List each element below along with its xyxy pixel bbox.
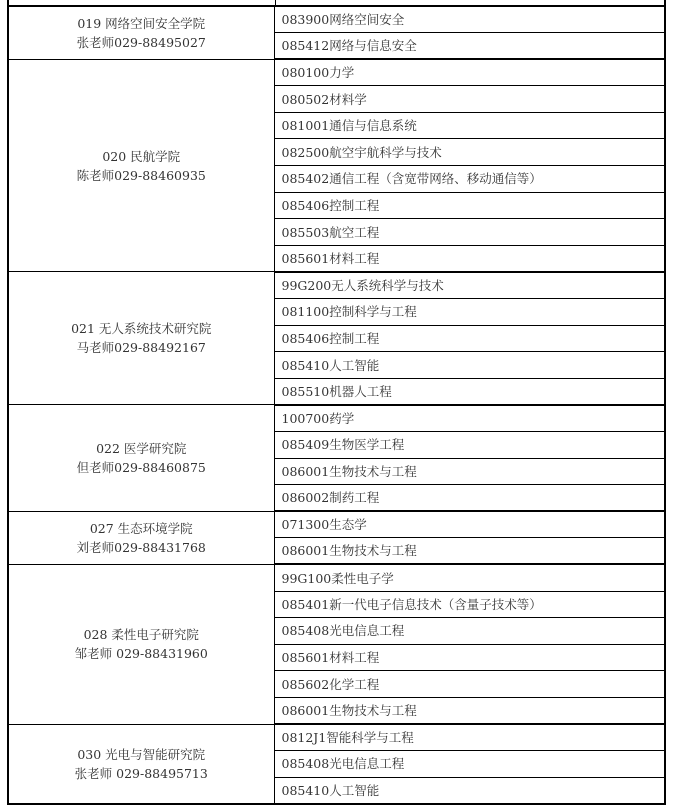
major-cell: 085601材料工程: [274, 644, 665, 671]
school-contact: 刘老师029-88431768: [9, 538, 274, 557]
school-name: 028 柔性电子研究院: [9, 625, 274, 644]
major-cell: 080502材料学: [274, 86, 665, 113]
school-contact: 张老师029-88495027: [9, 33, 274, 52]
major-cell: 100700药学: [274, 405, 665, 432]
school-contact: 张老师 029-88495713: [9, 764, 274, 783]
table-row: 030 光电与智能研究院张老师 029-884957130812J1智能科学与工…: [8, 724, 665, 751]
school-name: 022 医学研究院: [9, 439, 274, 458]
major-cell: 085406控制工程: [274, 325, 665, 352]
school-name: 027 生态环境学院: [9, 519, 274, 538]
major-cell: 085410人工智能: [274, 352, 665, 379]
school-cell: 020 民航学院陈老师029-88460935: [8, 59, 274, 272]
school-contact: 马老师029-88492167: [9, 338, 274, 357]
major-cell: 085601材料工程: [274, 245, 665, 272]
table-row: 022 医学研究院但老师029-88460875100700药学: [8, 405, 665, 432]
major-cell: 083900网络空间安全: [274, 6, 665, 33]
school-name: 019 网络空间安全学院: [9, 14, 274, 33]
major-cell: 071300生态学: [274, 511, 665, 538]
school-contact: 陈老师029-88460935: [9, 166, 274, 185]
school-cell: 030 光电与智能研究院张老师 029-88495713: [8, 724, 274, 804]
school-cell: 028 柔性电子研究院邹老师 029-88431960: [8, 564, 274, 724]
table-row: 028 柔性电子研究院邹老师 029-8843196099G100柔性电子学: [8, 564, 665, 591]
major-cell: 085401新一代电子信息技术（含量子技术等）: [274, 591, 665, 618]
major-cell: 081001通信与信息系统: [274, 112, 665, 139]
school-cell: 022 医学研究院但老师029-88460875: [8, 405, 274, 511]
table-row: 020 民航学院陈老师029-88460935080100力学: [8, 59, 665, 86]
school-cell: 021 无人系统技术研究院马老师029-88492167: [8, 272, 274, 405]
major-cell: 080100力学: [274, 59, 665, 86]
major-cell: 99G200无人系统科学与技术: [274, 272, 665, 299]
major-cell: 085406控制工程: [274, 192, 665, 219]
major-cell: 081100控制科学与工程: [274, 299, 665, 326]
school-name: 030 光电与智能研究院: [9, 745, 274, 764]
major-cell: 082500航空宇航科学与技术: [274, 139, 665, 166]
major-cell: 085510机器人工程: [274, 378, 665, 405]
school-name: 021 无人系统技术研究院: [9, 319, 274, 338]
school-contact: 邹老师 029-88431960: [9, 644, 274, 663]
school-contact: 但老师029-88460875: [9, 458, 274, 477]
table-row: 019 网络空间安全学院张老师029-88495027083900网络空间安全: [8, 6, 665, 33]
school-cell: 019 网络空间安全学院张老师029-88495027: [8, 6, 274, 59]
major-cell: 0812J1智能科学与工程: [274, 724, 665, 751]
major-cell: 085408光电信息工程: [274, 751, 665, 778]
school-name: 020 民航学院: [9, 147, 274, 166]
table-row: 021 无人系统技术研究院马老师029-8849216799G200无人系统科学…: [8, 272, 665, 299]
major-cell: 085412网络与信息安全: [274, 33, 665, 60]
major-cell: 99G100柔性电子学: [274, 564, 665, 591]
major-cell: 085409生物医学工程: [274, 432, 665, 459]
major-cell: 085408光电信息工程: [274, 618, 665, 645]
school-cell: 027 生态环境学院刘老师029-88431768: [8, 511, 274, 564]
table-row: 027 生态环境学院刘老师029-88431768071300生态学: [8, 511, 665, 538]
major-cell: 086001生物技术与工程: [274, 458, 665, 485]
major-cell: 085402通信工程（含宽带网络、移动通信等）: [274, 166, 665, 193]
major-cell: 085410人工智能: [274, 777, 665, 804]
major-cell: 086001生物技术与工程: [274, 697, 665, 724]
major-cell: 086001生物技术与工程: [274, 538, 665, 565]
school-majors-table: 019 网络空间安全学院张老师029-88495027083900网络空间安全0…: [7, 5, 666, 805]
major-cell: 085602化学工程: [274, 671, 665, 698]
major-cell: 085503航空工程: [274, 219, 665, 246]
major-cell: 086002制药工程: [274, 485, 665, 512]
